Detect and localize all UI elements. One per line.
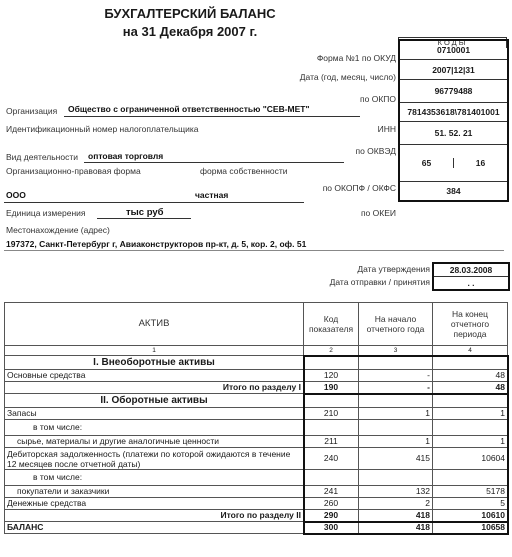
section-row: II. Оборотные активы	[5, 394, 508, 408]
dates-box: 28.03.2008 . .	[432, 262, 510, 291]
row-label: сырье, материалы и другие аналогичные це…	[5, 436, 304, 448]
okei-code: 384	[400, 181, 507, 200]
header-start: На начало отчетного года	[359, 303, 433, 346]
code-cell: 211	[304, 436, 359, 448]
code-cell	[304, 420, 359, 436]
end-value-cell: 10658	[433, 522, 508, 534]
activity-label: Вид деятельности	[6, 152, 78, 162]
start-value-cell: 1	[359, 408, 433, 420]
start-value-cell: 415	[359, 448, 433, 470]
header-code: Код показателя	[304, 303, 359, 346]
code-cell: 260	[304, 498, 359, 510]
address-label: Местонахождение (адрес)	[6, 225, 110, 235]
okved-label: по ОКВЭД	[355, 146, 396, 156]
balance-label: БАЛАНС	[5, 522, 304, 534]
inn-code-label: ИНН	[378, 124, 396, 134]
section-row: I. Внеоборотные активы	[5, 356, 508, 370]
codes-box: 0710001 2007|12|31 96779488 7814353618\7…	[398, 39, 509, 202]
code-cell: 300	[304, 522, 359, 534]
col-number-1: 1	[5, 346, 304, 356]
unit-value: тыс руб	[126, 207, 164, 218]
inn-code: 7814353618\781401001	[400, 102, 507, 121]
code-cell: 240	[304, 448, 359, 470]
code-cell: 120	[304, 370, 359, 382]
table-row: в том числе:	[5, 470, 508, 486]
end-value-cell	[433, 470, 508, 486]
section-title: II. Оборотные активы	[5, 394, 304, 408]
approval-date-value: 28.03.2008	[434, 264, 508, 276]
table-row: Основные средства120-48	[5, 370, 508, 382]
start-value-cell	[359, 356, 433, 370]
subtotal-label: Итого по разделу I	[5, 382, 304, 394]
end-value-cell: 10604	[433, 448, 508, 470]
balance-table: АКТИВ Код показателя На начало отчетного…	[4, 302, 508, 534]
start-value-cell	[359, 470, 433, 486]
document-subtitle: на 31 Декабря 2007 г.	[0, 24, 380, 39]
table-row: покупатели и заказчики2411325178	[5, 486, 508, 498]
row-label: в том числе:	[5, 470, 304, 486]
activity-value: оптовая торговля	[88, 151, 163, 161]
okpo-code: 96779488	[400, 79, 507, 102]
start-value-cell: 418	[359, 522, 433, 534]
sent-date-value: . .	[434, 276, 508, 289]
org-label: Организация	[6, 106, 57, 116]
row-label: Денежные средства	[5, 498, 304, 510]
ownership-label: форма собственности	[200, 166, 288, 176]
code-cell: 241	[304, 486, 359, 498]
col-number-3: 3	[359, 346, 433, 356]
okved-code: 51. 52. 21	[400, 121, 507, 144]
table-row: Денежные средства26025	[5, 498, 508, 510]
end-value-cell: 48	[433, 370, 508, 382]
sent-date-label: Дата отправки / принятия	[330, 277, 430, 287]
table-header-row: АКТИВ Код показателя На начало отчетного…	[5, 303, 508, 346]
table-row: в том числе:	[5, 420, 508, 436]
okfs-code: 16	[453, 158, 507, 168]
table-row: Дебиторская задолженность (платежи по ко…	[5, 448, 508, 470]
okud-label: Форма №1 по ОКУД	[317, 53, 396, 63]
start-value-cell	[359, 420, 433, 436]
start-value-cell: 2	[359, 498, 433, 510]
row-label: Основные средства	[5, 370, 304, 382]
unit-label: Единица измерения	[6, 208, 86, 218]
legal-form-label: Организационно-правовая форма	[6, 166, 141, 176]
row-label: Дебиторская задолженность (платежи по ко…	[5, 448, 304, 470]
address-value: 197372, Санкт-Петербург г, Авиаконструкт…	[6, 239, 306, 249]
approval-date-label: Дата утверждения	[357, 264, 430, 274]
okpo-label: по ОКПО	[360, 94, 396, 104]
table-row: сырье, материалы и другие аналогичные це…	[5, 436, 508, 448]
end-value-cell: 1	[433, 436, 508, 448]
end-value-cell: 5	[433, 498, 508, 510]
row-label: в том числе:	[5, 420, 304, 436]
code-cell	[304, 470, 359, 486]
date-code: 2007|12|31	[400, 59, 507, 79]
okud-code: 0710001	[400, 39, 507, 59]
okopf-okfs-codes: 65 16	[400, 144, 507, 181]
section-title: I. Внеоборотные активы	[5, 356, 304, 370]
end-value-cell: 5178	[433, 486, 508, 498]
code-cell: 210	[304, 408, 359, 420]
start-value-cell	[359, 394, 433, 408]
code-cell	[304, 356, 359, 370]
start-value-cell: 132	[359, 486, 433, 498]
document-title: БУХГАЛТЕРСКИЙ БАЛАНС	[0, 6, 380, 21]
end-value-cell	[433, 356, 508, 370]
row-label: Запасы	[5, 408, 304, 420]
start-value-cell: -	[359, 370, 433, 382]
code-cell	[304, 394, 359, 408]
date-label: Дата (год, месяц, число)	[300, 72, 396, 82]
taxpayer-id-label: Идентификационный номер налогоплательщик…	[6, 124, 199, 134]
header-end: На конец отчетного периода	[433, 303, 508, 346]
column-number-row: 1 2 3 4	[5, 346, 508, 356]
balance-row: БАЛАНС30041810658	[5, 522, 508, 534]
okei-label: по ОКЕИ	[361, 208, 396, 218]
start-value-cell: 1	[359, 436, 433, 448]
org-value: Общество с ограниченной ответственностью…	[68, 104, 310, 114]
subtotal-label: Итого по разделу II	[5, 510, 304, 522]
legal-form-value: ООО	[6, 190, 26, 200]
end-value-cell	[433, 420, 508, 436]
okopf-code: 65	[400, 158, 453, 168]
col-number-4: 4	[433, 346, 508, 356]
col-number-2: 2	[304, 346, 359, 356]
row-label: покупатели и заказчики	[5, 486, 304, 498]
ownership-value: частная	[195, 190, 228, 200]
header-asset: АКТИВ	[5, 303, 304, 346]
okopf-label: по ОКОПФ / ОКФС	[323, 183, 396, 193]
end-value-cell: 1	[433, 408, 508, 420]
table-row: Запасы21011	[5, 408, 508, 420]
end-value-cell	[433, 394, 508, 408]
